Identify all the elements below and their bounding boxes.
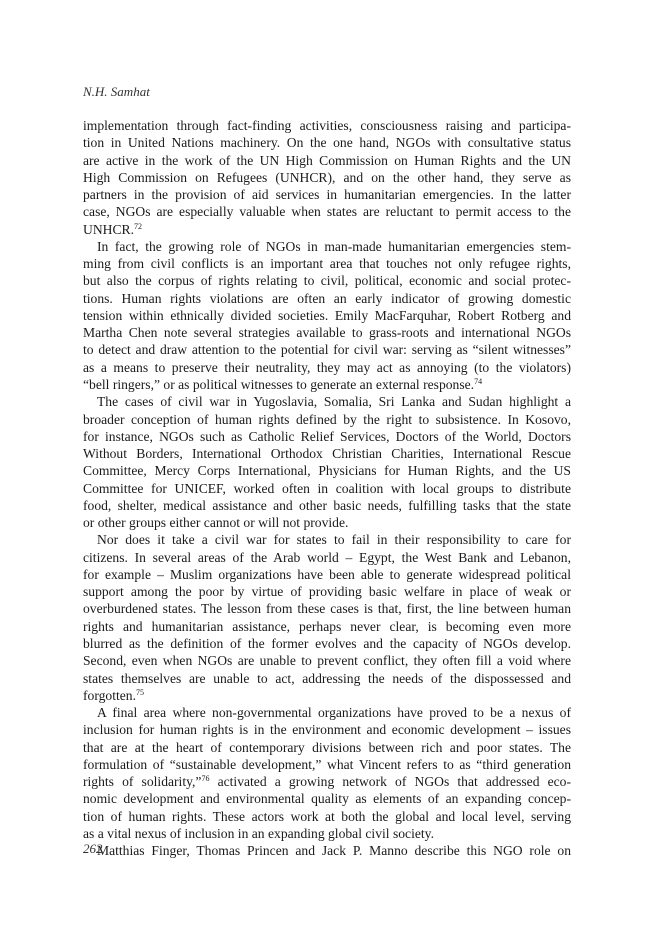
line-text: states themselves are unable to act, add… <box>83 671 571 686</box>
text-line: Matthias Finger, Thomas Princen and Jack… <box>83 842 571 859</box>
line-text: formulation of “sustainable development,… <box>83 757 571 772</box>
text-line: nomic development and environmental qual… <box>83 790 571 807</box>
text-line: The cases of civil war in Yugoslavia, So… <box>83 393 571 410</box>
line-text: support among the poor by virtue of prov… <box>83 584 571 599</box>
text-line: as a vital nexus of inclusion in an expa… <box>83 825 571 842</box>
text-line: broader conception of human rights defin… <box>83 411 571 428</box>
line-text: High Commission on Refugees (UNHCR), and… <box>83 170 571 185</box>
text-line: rights of solidarity,”76 activated a gro… <box>83 773 571 790</box>
line-text: Committee, Mercy Corps International, Ph… <box>83 463 571 478</box>
line-text: tion of human rights. These actors work … <box>83 809 571 824</box>
text-line: “bell ringers,” or as political witnesse… <box>83 376 571 393</box>
line-text: The cases of civil war in Yugoslavia, So… <box>97 394 571 409</box>
text-line: High Commission on Refugees (UNHCR), and… <box>83 169 571 186</box>
line-text: or other groups either cannot or will no… <box>83 515 348 530</box>
line-text: are active in the work of the UN High Co… <box>83 153 571 168</box>
text-line: UNHCR.72 <box>83 221 571 238</box>
line-text: blurred as the definition of the former … <box>83 636 571 651</box>
line-text: overburdened states. The lesson from the… <box>83 601 571 616</box>
line-text: nomic development and environmental qual… <box>83 791 571 806</box>
line-text: Nor does it take a civil war for states … <box>97 532 571 547</box>
footnote-ref: 75 <box>136 688 144 697</box>
text-line: formulation of “sustainable development,… <box>83 756 571 773</box>
body-text: implementation through fact-finding acti… <box>83 117 571 859</box>
text-line: A final area where non-governmental orga… <box>83 704 571 721</box>
text-line: Committee for UNICEF, worked often in co… <box>83 480 571 497</box>
text-line: support among the poor by virtue of prov… <box>83 583 571 600</box>
text-line: case, NGOs are especially valuable when … <box>83 203 571 220</box>
line-text: Committee for UNICEF, worked often in co… <box>83 481 571 496</box>
text-line: tions. Human rights violations are often… <box>83 290 571 307</box>
line-text: ming from civil conflicts is an importan… <box>83 256 571 271</box>
line-text: UNHCR. <box>83 222 134 237</box>
line-text: Without Borders, International Orthodox … <box>83 446 571 461</box>
text-line: states themselves are unable to act, add… <box>83 670 571 687</box>
text-line: that are at the heart of contemporary di… <box>83 739 571 756</box>
line-text: partners in the provision of aid service… <box>83 187 571 202</box>
line-text: tions. Human rights violations are often… <box>83 291 571 306</box>
text-line: tion of human rights. These actors work … <box>83 808 571 825</box>
running-head-author: N.H. Samhat <box>83 84 150 100</box>
line-text: Matthias Finger, Thomas Princen and Jack… <box>97 843 571 858</box>
text-line: Nor does it take a civil war for states … <box>83 531 571 548</box>
footnote-ref: 72 <box>134 222 142 231</box>
text-line: tion in United Nations machinery. On the… <box>83 134 571 151</box>
line-text: citizens. In several areas of the Arab w… <box>83 550 571 565</box>
page-number: 262 <box>83 841 103 857</box>
line-text: for instance, NGOs such as Catholic Reli… <box>83 429 571 444</box>
text-line: ming from civil conflicts is an importan… <box>83 255 571 272</box>
text-line: Without Borders, International Orthodox … <box>83 445 571 462</box>
line-text: A final area where non-governmental orga… <box>97 705 571 720</box>
text-line: In fact, the growing role of NGOs in man… <box>83 238 571 255</box>
line-text: as a means to preserve their neutrality,… <box>83 360 571 375</box>
line-text: that are at the heart of contemporary di… <box>83 740 571 755</box>
line-text: implementation through fact-finding acti… <box>83 118 571 133</box>
line-text: for example – Muslim organizations have … <box>83 567 571 582</box>
line-text: forgotten. <box>83 688 136 703</box>
line-text: broader conception of human rights defin… <box>83 412 571 427</box>
line-text: food, shelter, medical assistance and ot… <box>83 498 571 513</box>
line-text: to detect and draw attention to the pote… <box>83 342 571 357</box>
line-text: tension within ethnically divided societ… <box>83 308 571 323</box>
line-text: Second, even when NGOs are unable to pre… <box>83 653 571 668</box>
text-line: to detect and draw attention to the pote… <box>83 341 571 358</box>
text-line: for example – Muslim organizations have … <box>83 566 571 583</box>
book-page: N.H. Samhat implementation through fact-… <box>0 0 650 939</box>
line-text: Martha Chen note several strategies avai… <box>83 325 571 340</box>
text-line: for instance, NGOs such as Catholic Reli… <box>83 428 571 445</box>
text-line: or other groups either cannot or will no… <box>83 514 571 531</box>
text-line: Martha Chen note several strategies avai… <box>83 324 571 341</box>
line-text: case, NGOs are especially valuable when … <box>83 204 571 219</box>
text-line: are active in the work of the UN High Co… <box>83 152 571 169</box>
line-text: as a vital nexus of inclusion in an expa… <box>83 826 434 841</box>
line-text: inclusion for human rights is in the env… <box>83 722 571 737</box>
line-text: rights and humanitarian assistance, perh… <box>83 619 571 634</box>
line-text: rights of solidarity,” <box>83 774 201 789</box>
footnote-ref: 74 <box>474 377 482 386</box>
text-line: as a means to preserve their neutrality,… <box>83 359 571 376</box>
text-line: rights and humanitarian assistance, perh… <box>83 618 571 635</box>
text-line: tension within ethnically divided societ… <box>83 307 571 324</box>
text-line: overburdened states. The lesson from the… <box>83 600 571 617</box>
text-line: implementation through fact-finding acti… <box>83 117 571 134</box>
text-line: inclusion for human rights is in the env… <box>83 721 571 738</box>
line-text-continued: activated a growing network of NGOs that… <box>209 774 571 789</box>
line-text: “bell ringers,” or as political witnesse… <box>83 377 474 392</box>
text-line: forgotten.75 <box>83 687 571 704</box>
text-line: citizens. In several areas of the Arab w… <box>83 549 571 566</box>
text-line: blurred as the definition of the former … <box>83 635 571 652</box>
text-line: food, shelter, medical assistance and ot… <box>83 497 571 514</box>
text-line: Second, even when NGOs are unable to pre… <box>83 652 571 669</box>
line-text: tion in United Nations machinery. On the… <box>83 135 571 150</box>
text-line: Committee, Mercy Corps International, Ph… <box>83 462 571 479</box>
line-text: In fact, the growing role of NGOs in man… <box>97 239 571 254</box>
text-line: partners in the provision of aid service… <box>83 186 571 203</box>
line-text: but also the corpus of rights relating t… <box>83 273 571 288</box>
text-line: but also the corpus of rights relating t… <box>83 272 571 289</box>
